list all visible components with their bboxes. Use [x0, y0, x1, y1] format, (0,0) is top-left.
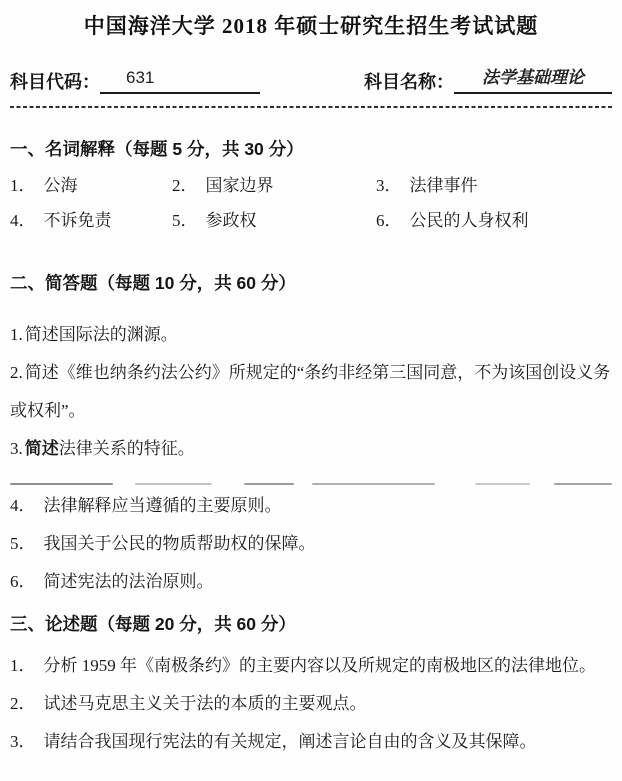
section-1-terms: 1．公海 2．国家边界 3．法律事件 4．不诉免责 5．参政权 6．公民的人身权… — [10, 174, 612, 232]
term-number: 2． — [172, 174, 198, 197]
term-text: 参政权 — [206, 211, 257, 230]
question-text: 法律关系的特征。 — [59, 439, 195, 458]
term-text: 不诉免责 — [44, 211, 112, 230]
term-item: 4．不诉免责 — [10, 209, 172, 232]
dashed-separator — [10, 106, 612, 108]
scan-artifact-segment — [244, 483, 295, 485]
question-text: 请结合我国现行宪法的有关规定，阐述言论自由的含义及其保障。 — [44, 732, 537, 751]
question-text: 分析 1959 年《南极条约》的主要内容以及所规定的南极地区的法律地位。 — [44, 656, 597, 675]
question-number: 6． — [10, 572, 36, 591]
scan-artifact-segment — [312, 483, 434, 485]
scan-artifact-segment — [554, 483, 612, 485]
section-3-heading: 三、论述题（每题 20 分，共 60 分） — [10, 611, 612, 637]
question-number: 3． — [10, 732, 36, 751]
question-number: 1. — [10, 325, 23, 344]
question-item: 3.简述法律关系的特征。 — [10, 430, 612, 468]
term-text: 公海 — [44, 176, 78, 195]
section-2-heading: 二、简答题（每题 10 分，共 60 分） — [10, 270, 612, 296]
question-item: 2．试述马克思主义关于法的本质的主要观点。 — [10, 685, 612, 723]
question-item: 2.简述《维也纳条约法公约》所规定的“条约非经第三国同意，不为该国创设义务或权利… — [10, 354, 612, 430]
term-item: 2．国家边界 — [172, 174, 376, 197]
subject-name-label: 科目名称： — [364, 72, 454, 92]
exam-paper-page: 中国海洋大学 2018 年硕士研究生招生考试试题 科目代码：631 科目名称：法… — [0, 0, 622, 781]
subject-name-field: 科目名称：法学基础理论 — [364, 66, 612, 94]
question-item: 1.简述国际法的渊源。 — [10, 316, 612, 354]
section-2-questions: 1.简述国际法的渊源。 2.简述《维也纳条约法公约》所规定的“条约非经第三国同意… — [10, 316, 612, 601]
subject-code-label: 科目代码： — [10, 72, 100, 92]
section-3-questions: 1．分析 1959 年《南极条约》的主要内容以及所规定的南极地区的法律地位。 2… — [10, 647, 612, 761]
question-number: 3. — [10, 439, 23, 458]
question-text: 简述宪法的法治原则。 — [44, 572, 214, 591]
subject-row: 科目代码：631 科目名称：法学基础理论 — [10, 66, 612, 94]
question-text: 我国关于公民的物质帮助权的保障。 — [44, 534, 316, 553]
term-number: 4． — [10, 209, 36, 232]
question-number: 2． — [10, 694, 36, 713]
scan-artifact-segment — [135, 483, 212, 485]
question-item: 5．我国关于公民的物质帮助权的保障。 — [10, 525, 612, 563]
scan-artifact-segment — [475, 483, 531, 485]
subject-code-field: 科目代码：631 — [10, 66, 260, 94]
term-number: 6． — [376, 209, 402, 232]
term-number: 3． — [376, 174, 402, 197]
term-text: 公民的人身权利 — [410, 211, 529, 230]
term-text: 国家边界 — [206, 176, 274, 195]
term-number: 5． — [172, 209, 198, 232]
question-number: 2. — [10, 363, 23, 382]
section-1-heading: 一、名词解释（每题 5 分，共 30 分） — [10, 136, 612, 162]
scan-artifact-segment — [10, 483, 113, 485]
subject-name-value: 法学基础理论 — [454, 66, 612, 94]
question-bold-text: 简述 — [25, 439, 59, 458]
question-text: 试述马克思主义关于法的本质的主要观点。 — [44, 694, 367, 713]
term-item: 1．公海 — [10, 174, 172, 197]
question-text: 简述《维也纳条约法公约》所规定的“条约非经第三国同意，不为该国创设义务或权利”。 — [10, 363, 610, 420]
question-number: 5． — [10, 534, 36, 553]
term-item: 6．公民的人身权利 — [376, 209, 612, 232]
question-number: 4． — [10, 496, 36, 515]
term-number: 1． — [10, 174, 36, 197]
term-item: 3．法律事件 — [376, 174, 612, 197]
question-item: 1．分析 1959 年《南极条约》的主要内容以及所规定的南极地区的法律地位。 — [10, 647, 612, 685]
question-text: 简述国际法的渊源。 — [25, 325, 178, 344]
scan-artifact-line — [10, 482, 612, 485]
term-text: 法律事件 — [410, 176, 478, 195]
question-item: 3．请结合我国现行宪法的有关规定，阐述言论自由的含义及其保障。 — [10, 723, 612, 761]
question-item: 4．法律解释应当遵循的主要原则。 — [10, 487, 612, 525]
subject-code-value: 631 — [100, 66, 260, 94]
question-item: 6．简述宪法的法治原则。 — [10, 563, 612, 601]
exam-title: 中国海洋大学 2018 年硕士研究生招生考试试题 — [10, 10, 612, 40]
question-text: 法律解释应当遵循的主要原则。 — [44, 496, 282, 515]
question-number: 1． — [10, 656, 36, 675]
term-item: 5．参政权 — [172, 209, 376, 232]
